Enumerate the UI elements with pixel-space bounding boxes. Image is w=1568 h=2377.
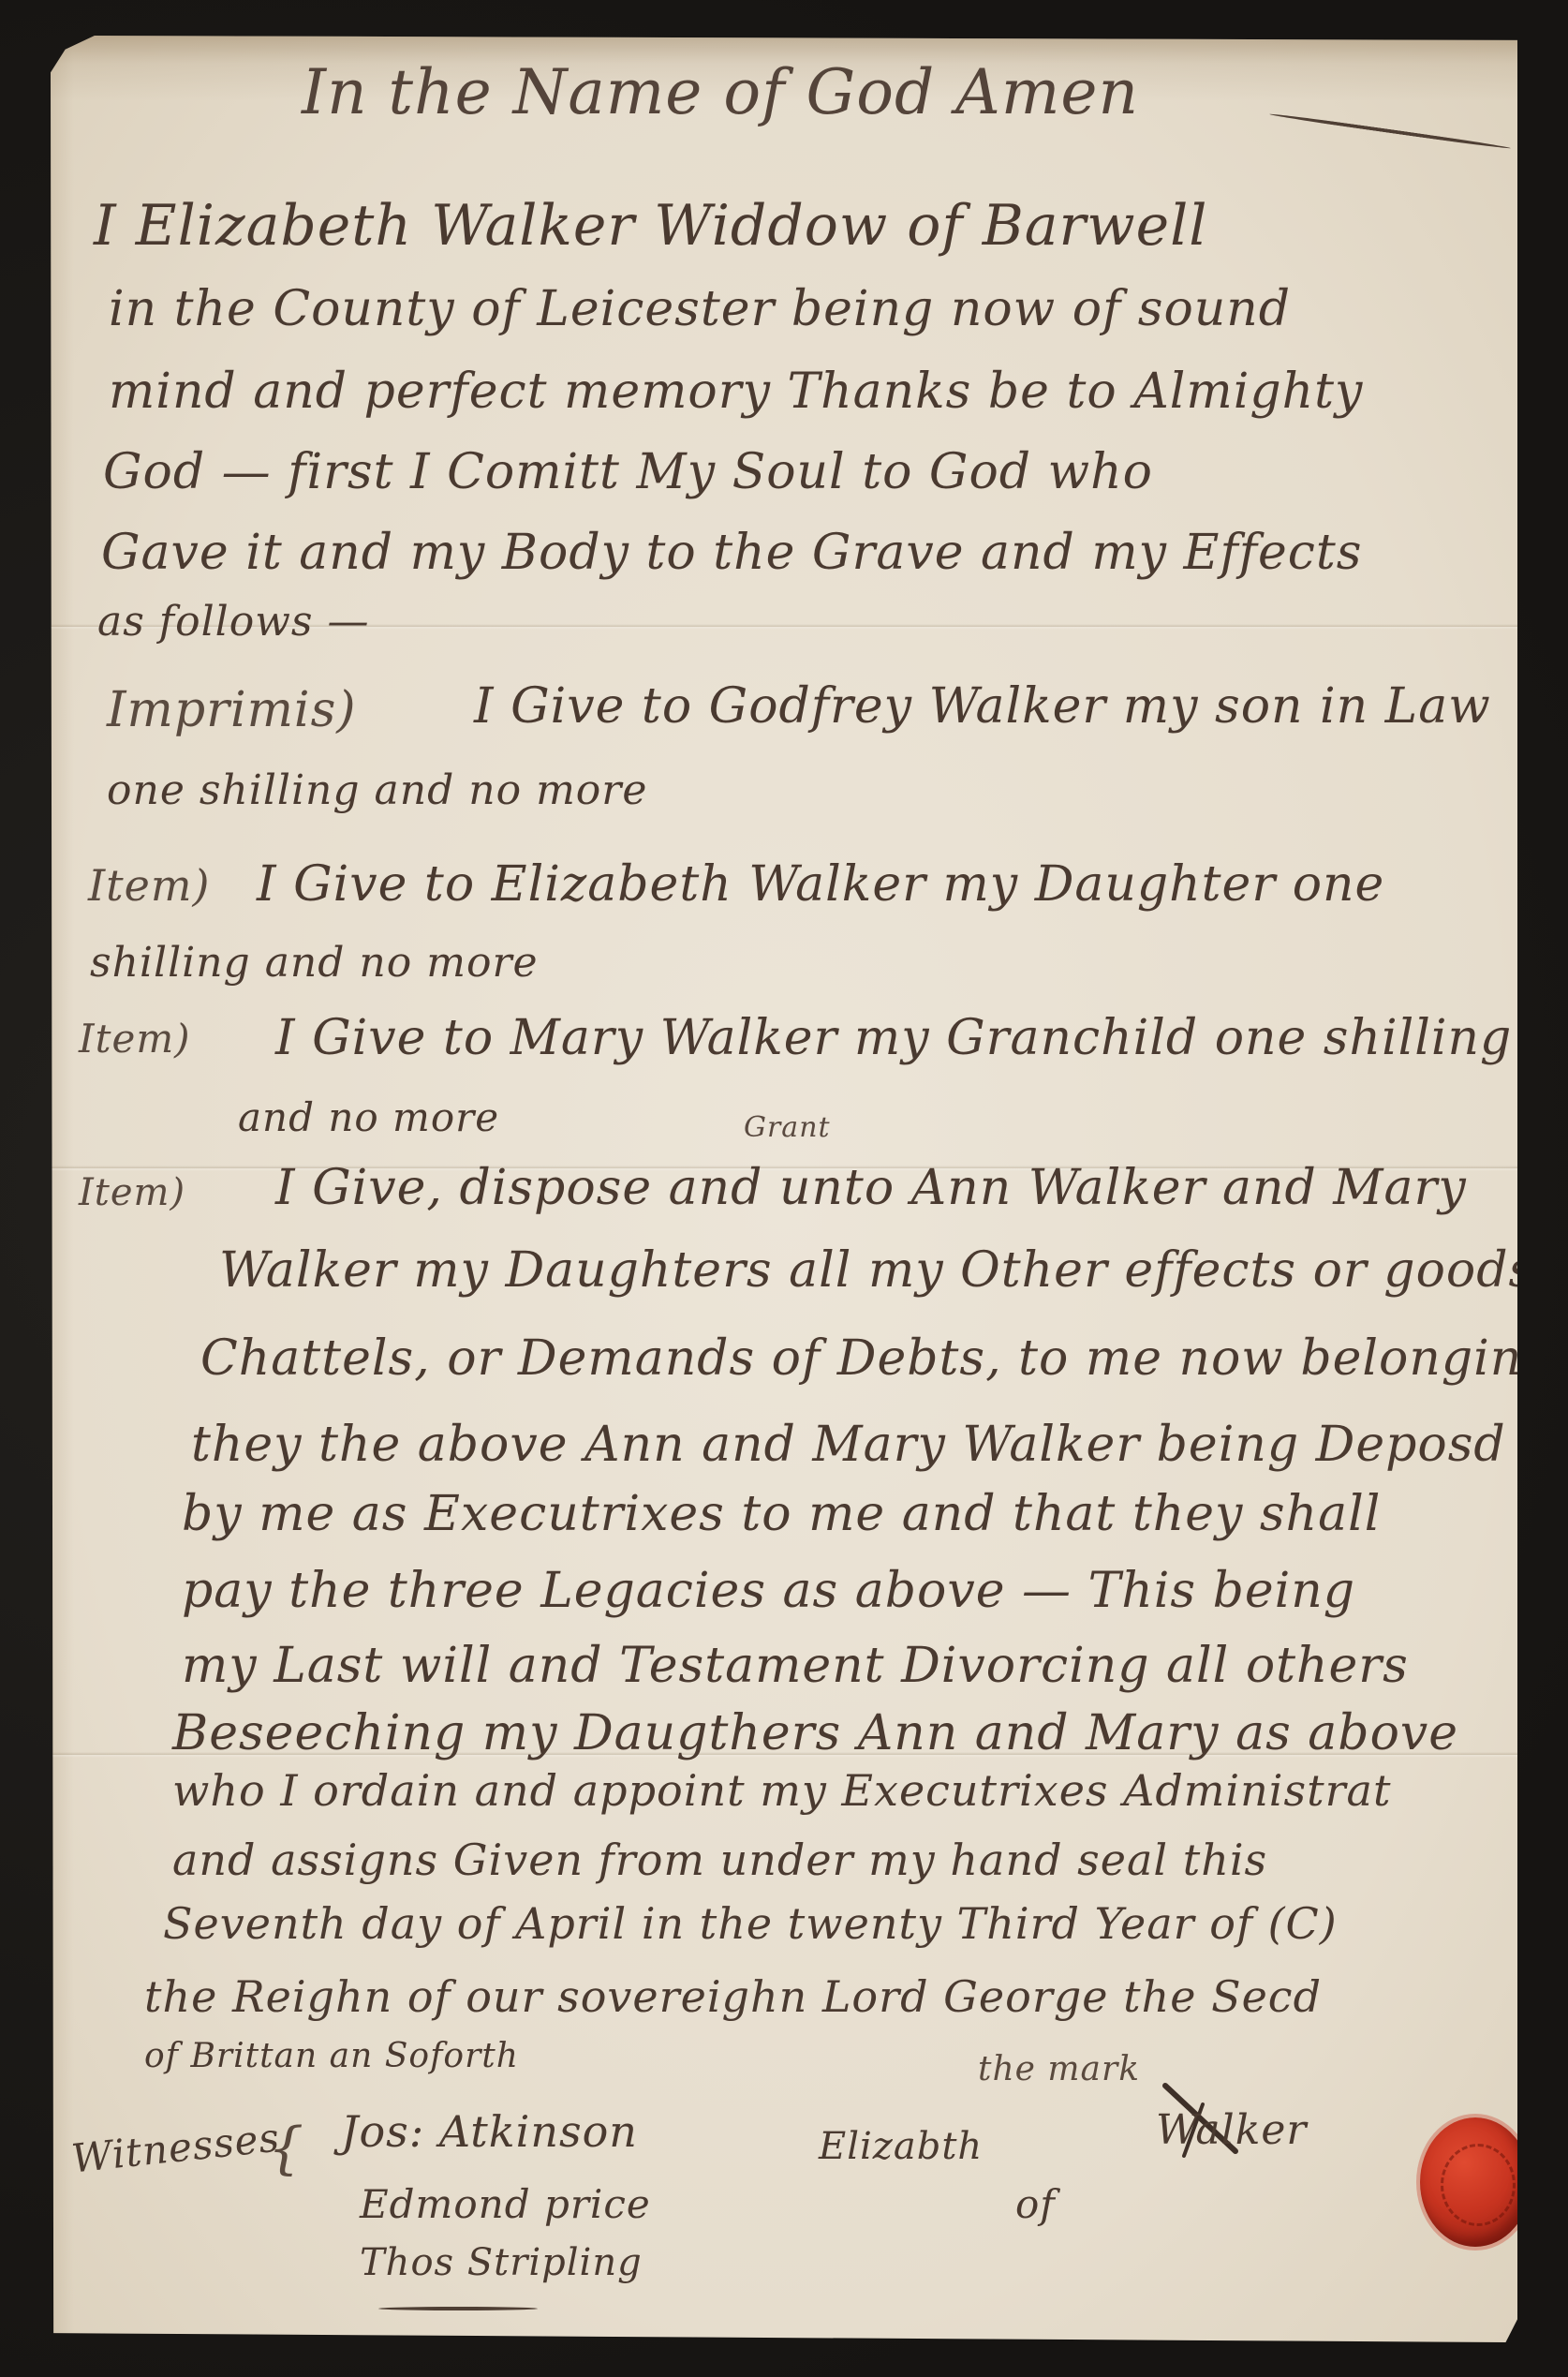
scan-background: In the Name of God Amen I Elizabeth Walk… [0,0,1568,2377]
signature-first-name: Elizabth [819,2125,983,2168]
preamble-line-6: as follows — [97,598,369,646]
bequest-4-line-3: Chattels, or Demands of Debts, to me now… [200,1330,1555,1387]
bequest-4-line-12: the Reighn of our sovereighn Lord George… [144,1971,1322,2022]
signature-underline [378,2307,538,2310]
bequest-3-line-1: I Give to Mary Walker my Granchild one s… [275,1010,1512,1066]
preamble-line-1: I Elizabeth Walker Widdow of Barwell [94,193,1207,259]
bequest-1-label: Imprimis) [107,682,357,738]
bequest-2-line-1: I Give to Elizabeth Walker my Daughter o… [257,856,1384,913]
signature-last-name: Walker [1156,2106,1307,2154]
heading-flourish [1269,112,1511,150]
bequest-4-line-11: Seventh day of April in the twenty Third… [163,1898,1338,1949]
signature-of: of [1015,2181,1056,2227]
bequest-4-line-1: I Give, dispose and unto Ann Walker and … [275,1160,1467,1216]
bequest-4-line-9: who I ordain and appoint my Executrixes … [172,1765,1391,1816]
bequest-4-line-8: Beseeching my Daugthers Ann and Mary as … [172,1705,1458,1761]
signature-the-mark: the mark [978,2050,1140,2088]
bequest-4-label: Item) [79,1171,185,1214]
bequest-4-line-10: and assigns Given from under my hand sea… [172,1835,1267,1885]
interlinear-insertion: Grant [744,1111,831,1144]
witness-name-3: Thos Stripling [360,2241,643,2284]
witness-name-1: Jos: Atkinson [341,2106,638,2157]
bequest-4-line-7: my Last will and Testament Divorcing all… [182,1638,1409,1694]
wax-seal [1420,2117,1531,2247]
witness-name-2: Edmond price [360,2181,651,2227]
will-document-page: In the Name of God Amen I Elizabeth Walk… [51,36,1517,2342]
bequest-2-line-2: shilling and no more [90,939,539,987]
bequest-3-line-2: and no more [238,1094,499,1140]
seal-impression [1441,2144,1516,2226]
preamble-line-5: Gave it and my Body to the Grave and my … [101,525,1362,581]
bequest-3-label: Item) [79,1016,191,1062]
preamble-line-3: mind and perfect memory Thanks be to Alm… [109,364,1363,420]
preamble-line-2: in the County of Leicester being now of … [109,281,1291,337]
document-heading: In the Name of God Amen [302,56,1139,128]
bequest-4-line-5: by me as Executrixes to me and that they… [182,1486,1381,1542]
witness-brace-icon: { [268,2116,304,2181]
witnesses-label: Witnesses [69,2114,282,2181]
bequest-4-line-6: pay the three Legacies as above — This b… [182,1563,1355,1619]
bequest-4-line-13: of Brittan an Soforth [144,2037,519,2075]
bequest-2-label: Item) [88,860,210,911]
bequest-1-line-1: I Give to Godfrey Walker my son in Law [474,678,1491,735]
bequest-4-line-4: they the above Ann and Mary Walker being… [191,1417,1506,1473]
bequest-1-line-2: one shilling and no more [107,766,647,814]
bequest-4-line-2: Walker my Daughters all my Other effects… [219,1242,1551,1299]
preamble-line-4: God — first I Comitt My Soul to God who [103,444,1153,500]
